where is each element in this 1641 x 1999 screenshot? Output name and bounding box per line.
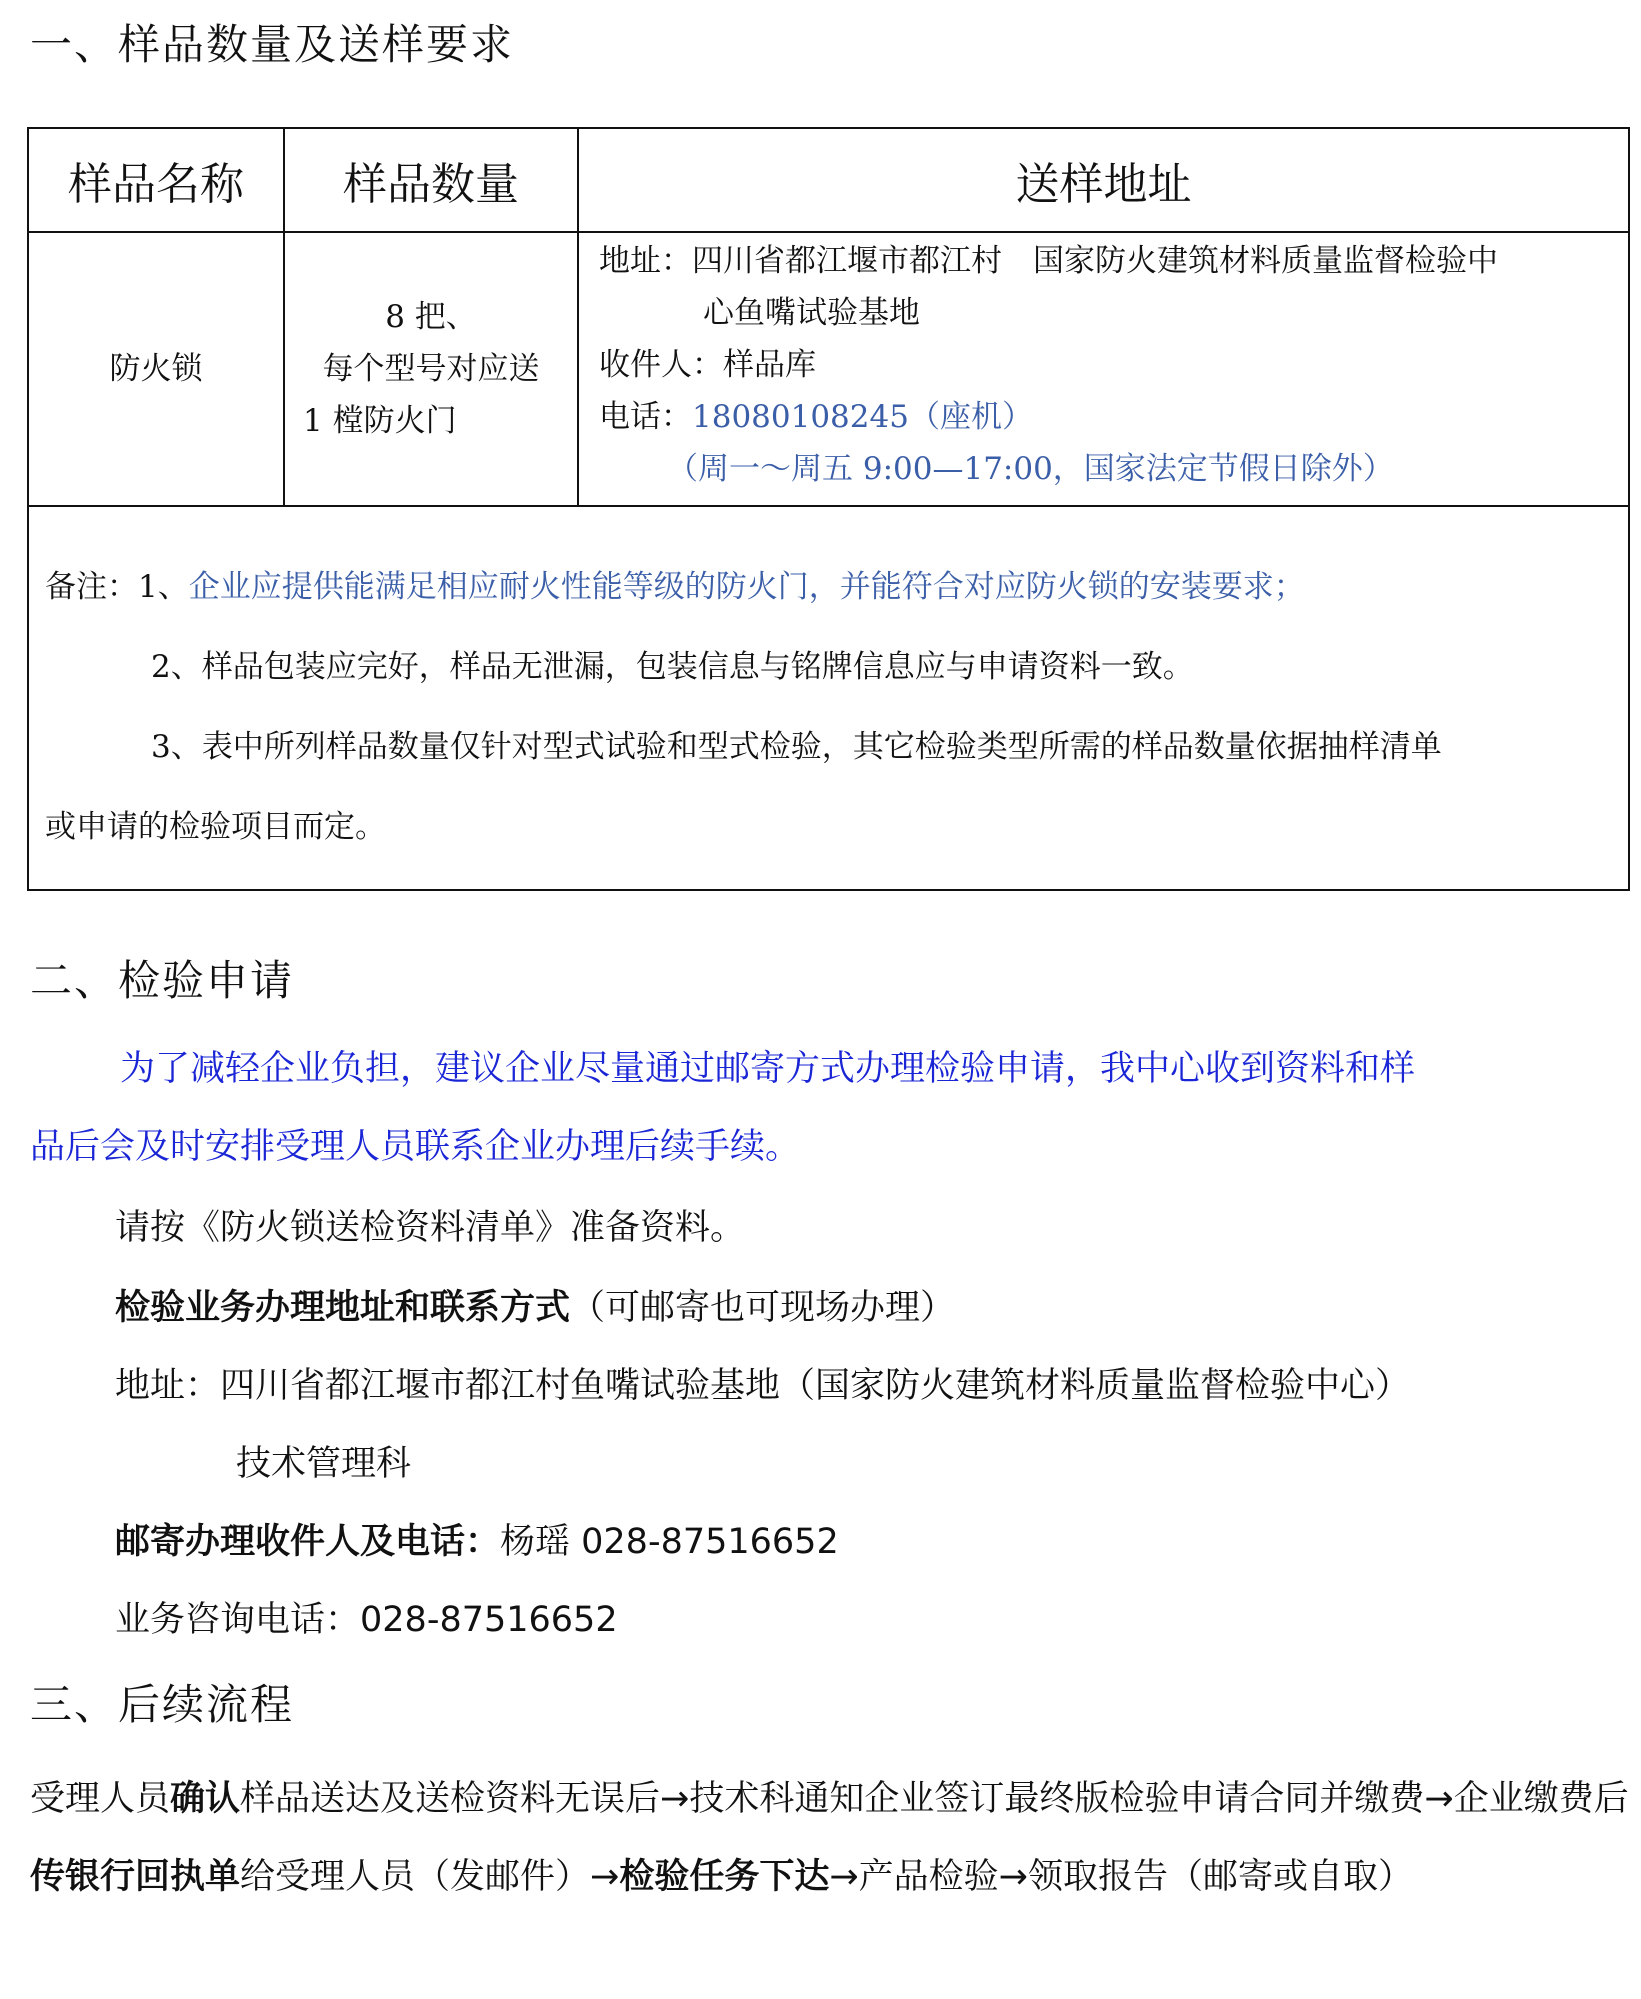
mail-label: 邮寄办理收件人及电话： bbox=[115, 1522, 500, 1562]
quantity-line: 每个型号对应送 bbox=[285, 343, 577, 395]
flow-text: →产品检验→领取报告（邮寄或自取） bbox=[829, 1857, 1413, 1897]
recipient-label: 收件人： bbox=[599, 347, 723, 383]
note-3a: 3、表中所列样品数量仅针对型式试验和型式检验，其它检验类型所需的样品数量依据抽样… bbox=[45, 707, 1612, 787]
section3-title: 三、后续流程 bbox=[30, 1672, 294, 1732]
section2-title: 二、检验申请 bbox=[30, 948, 294, 1008]
mail-contact: 邮寄办理收件人及电话：杨瑶 028-87516652 bbox=[115, 1514, 839, 1564]
flow-text-bold: 确认 bbox=[170, 1779, 240, 1819]
section2-intro: 为了减轻企业负担，建议企业尽量通过邮寄方式办理检验申请，我中心收到资料和样 品后… bbox=[30, 1030, 1630, 1186]
contact-heading-note: （可邮寄也可现场办理） bbox=[570, 1288, 955, 1328]
consult-label: 业务咨询电话： bbox=[115, 1600, 360, 1640]
process-flow: 受理人员确认样品送达及送检资料无误后→技术科通知企业签订最终版检验申请合同并缴费… bbox=[30, 1760, 1635, 1916]
office-address-label: 地址： bbox=[115, 1366, 220, 1406]
office-address: 地址：四川省都江堰市都江村鱼嘴试验基地（国家防火建筑材料质量监督检验中心） bbox=[115, 1358, 1410, 1408]
table-header-row: 样品名称 样品数量 送样地址 bbox=[28, 128, 1629, 232]
sample-quantity-cell: 8 把、 每个型号对应送 1 樘防火门 bbox=[284, 232, 578, 506]
phone-label: 电话： bbox=[599, 399, 692, 435]
mail-value: 杨瑶 028-87516652 bbox=[500, 1522, 839, 1562]
section1-title: 一、样品数量及送样要求 bbox=[30, 12, 514, 72]
prepare-instruction: 请按《防火锁送检资料清单》准备资料。 bbox=[115, 1200, 745, 1250]
quantity-line: 1 樘防火门 bbox=[285, 395, 577, 447]
header-sample-name: 样品名称 bbox=[28, 128, 284, 232]
sample-name-cell: 防火锁 bbox=[28, 232, 284, 506]
address-label: 地址： bbox=[599, 243, 692, 279]
intro-line2: 品后会及时安排受理人员联系企业办理后续手续。 bbox=[30, 1108, 1630, 1186]
flow-text-bold: 检验任务下达 bbox=[619, 1857, 829, 1897]
flow-text: 样品送达及送检资料无误后→技术科 bbox=[240, 1779, 794, 1819]
sample-requirements-table: 样品名称 样品数量 送样地址 防火锁 8 把、 每个型号对应送 1 樘防火门 地… bbox=[27, 127, 1630, 891]
header-delivery-address: 送样地址 bbox=[578, 128, 1629, 232]
phone-value: 18080108245（座机） bbox=[692, 399, 1033, 435]
office-hours: （周一～周五 9:00—17:00，国家法定节假日除外） bbox=[599, 443, 1628, 495]
flow-text: 受理人员 bbox=[30, 1779, 170, 1819]
office-address-line2: 技术管理科 bbox=[236, 1436, 411, 1486]
address-line1: 四川省都江堰市都江村 国家防火建筑材料质量监督检验中 bbox=[692, 243, 1498, 279]
note-3b: 或申请的检验项目而定。 bbox=[45, 787, 1612, 867]
delivery-address-cell: 地址：四川省都江堰市都江村 国家防火建筑材料质量监督检验中 心鱼嘴试验基地 收件… bbox=[578, 232, 1629, 506]
note-2: 2、样品包装应完好，样品无泄漏，包装信息与铭牌信息应与申请资料一致。 bbox=[45, 627, 1612, 707]
address-line2: 心鱼嘴试验基地 bbox=[599, 287, 1628, 339]
contact-heading: 检验业务办理地址和联系方式（可邮寄也可现场办理） bbox=[115, 1280, 955, 1330]
flow-text: 费→企业缴费后 bbox=[1389, 1779, 1628, 1819]
flow-text: 通知企业签订最终版检验申请合同并缴 bbox=[794, 1779, 1389, 1819]
notes-prefix: 备注：1、 bbox=[45, 569, 189, 605]
intro-line1: 为了减轻企业负担，建议企业尽量通过邮寄方式办理检验申请，我中心收到资料和样 bbox=[30, 1030, 1630, 1108]
note-1: 企业应提供能满足相应耐火性能等级的防火门，并能符合对应防火锁的安装要求； bbox=[189, 569, 1305, 605]
quantity-line: 8 把、 bbox=[285, 291, 577, 343]
consult-contact: 业务咨询电话：028-87516652 bbox=[115, 1592, 618, 1642]
consult-value: 028-87516652 bbox=[360, 1600, 618, 1640]
header-sample-quantity: 样品数量 bbox=[284, 128, 578, 232]
recipient-value: 样品库 bbox=[723, 347, 816, 383]
notes-cell: 备注：1、企业应提供能满足相应耐火性能等级的防火门，并能符合对应防火锁的安装要求… bbox=[28, 506, 1629, 890]
flow-text: 给受理人员（发邮件）→ bbox=[240, 1857, 619, 1897]
contact-heading-bold: 检验业务办理地址和联系方式 bbox=[115, 1288, 570, 1328]
flow-text-bold: 传银行回执单 bbox=[30, 1857, 240, 1897]
table-row: 防火锁 8 把、 每个型号对应送 1 樘防火门 地址：四川省都江堰市都江村 国家… bbox=[28, 232, 1629, 506]
office-address-line1: 四川省都江堰市都江村鱼嘴试验基地（国家防火建筑材料质量监督检验中心） bbox=[220, 1366, 1410, 1406]
notes-row: 备注：1、企业应提供能满足相应耐火性能等级的防火门，并能符合对应防火锁的安装要求… bbox=[28, 506, 1629, 890]
